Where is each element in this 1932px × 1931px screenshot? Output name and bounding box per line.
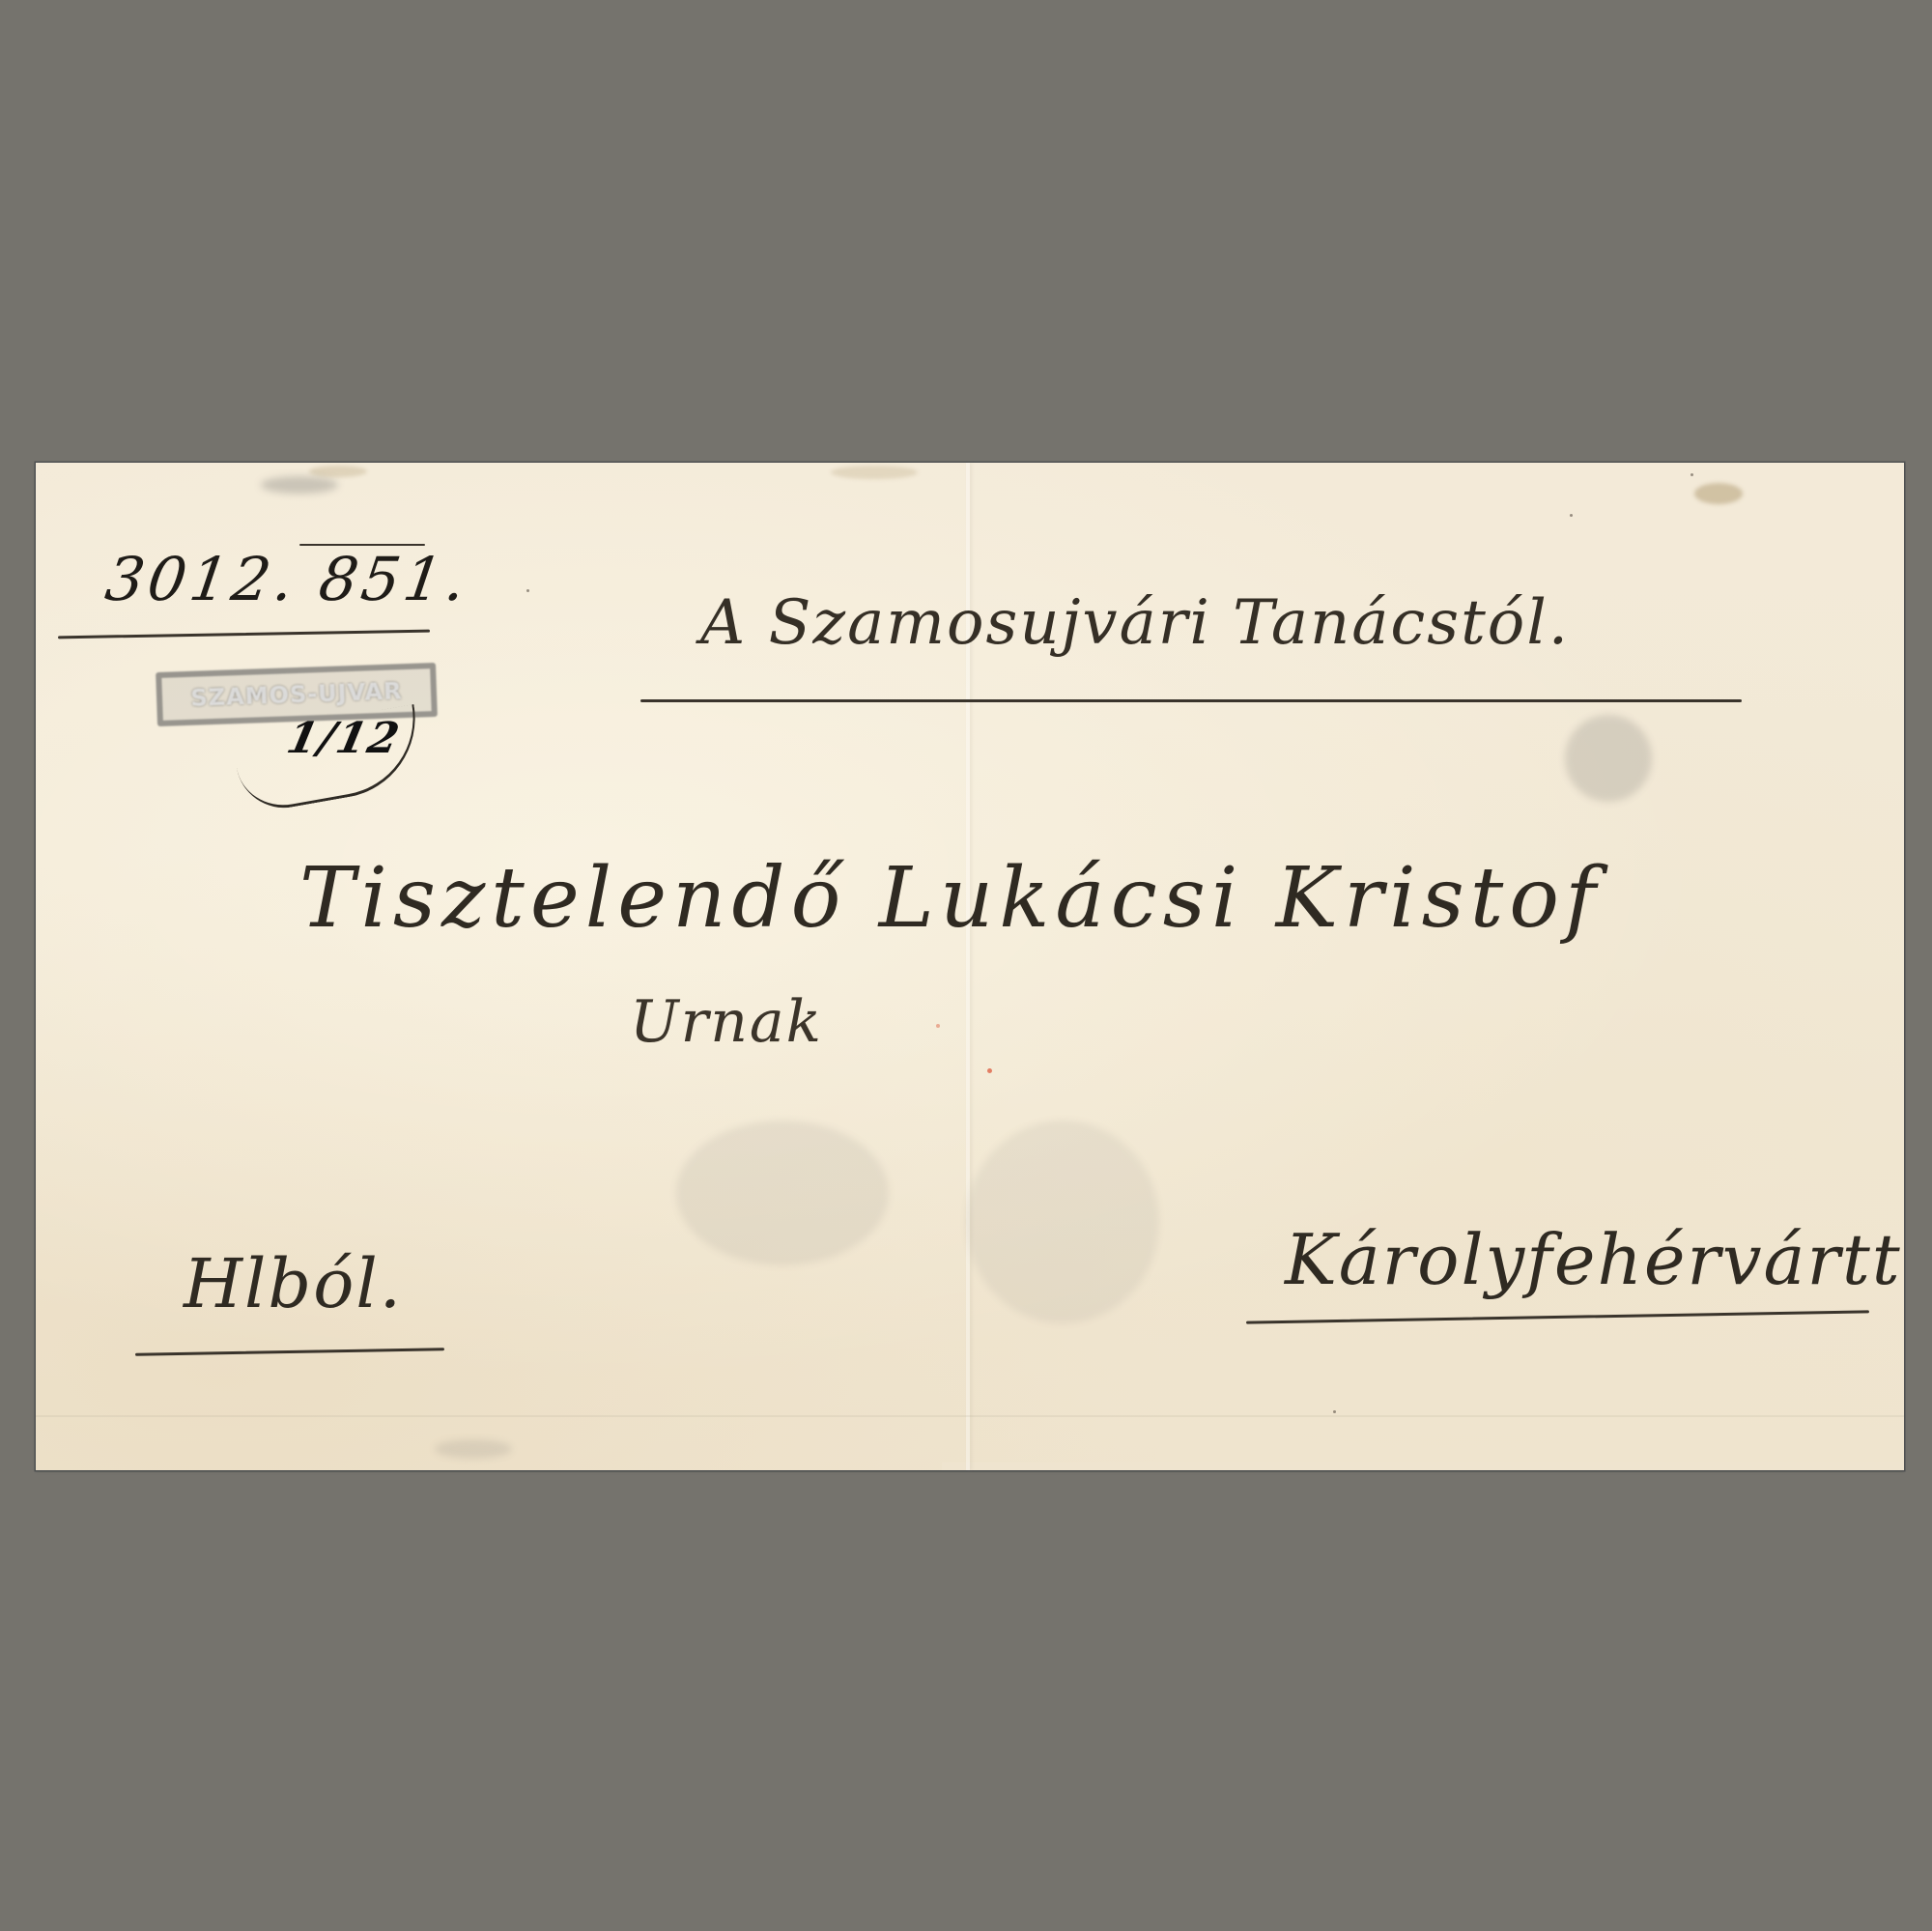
faint-postmark-ghost: [676, 1121, 889, 1265]
top-mid-stain: [831, 466, 918, 479]
paper-speck: [1690, 473, 1693, 476]
cover-flap-edge: [942, 1462, 1904, 1470]
addressee-honorific: Urnak: [630, 988, 823, 1056]
origin-note: Hlból.: [184, 1244, 403, 1323]
right-smudge: [1565, 715, 1652, 802]
sender-underline: [640, 699, 1742, 702]
top-edge-stain: [309, 466, 367, 477]
docket-number: 3012. 851.: [101, 544, 474, 614]
red-ink-speck: [987, 1068, 992, 1073]
destination: Károlyfehérvártt: [1285, 1219, 1902, 1300]
faint-postmark-ghost-2: [966, 1121, 1159, 1323]
postmark-text: SZAMOS-UJVAR: [190, 677, 403, 712]
sender-line: A Szamosujvári Tanácstól.: [700, 587, 1570, 659]
horizontal-fold-line: [36, 1415, 1904, 1417]
paper-speck: [526, 589, 529, 592]
addressee-name: Tisztelendő Lukácsi Kristof: [299, 850, 1602, 947]
docket-overline: [299, 544, 425, 546]
red-ink-speck: [936, 1024, 940, 1028]
bottom-smudge: [435, 1439, 512, 1459]
paper-speck: [1570, 514, 1573, 517]
top-stain: [1694, 483, 1743, 504]
top-left-smudge: [261, 476, 338, 494]
paper-speck: [1333, 1410, 1336, 1413]
